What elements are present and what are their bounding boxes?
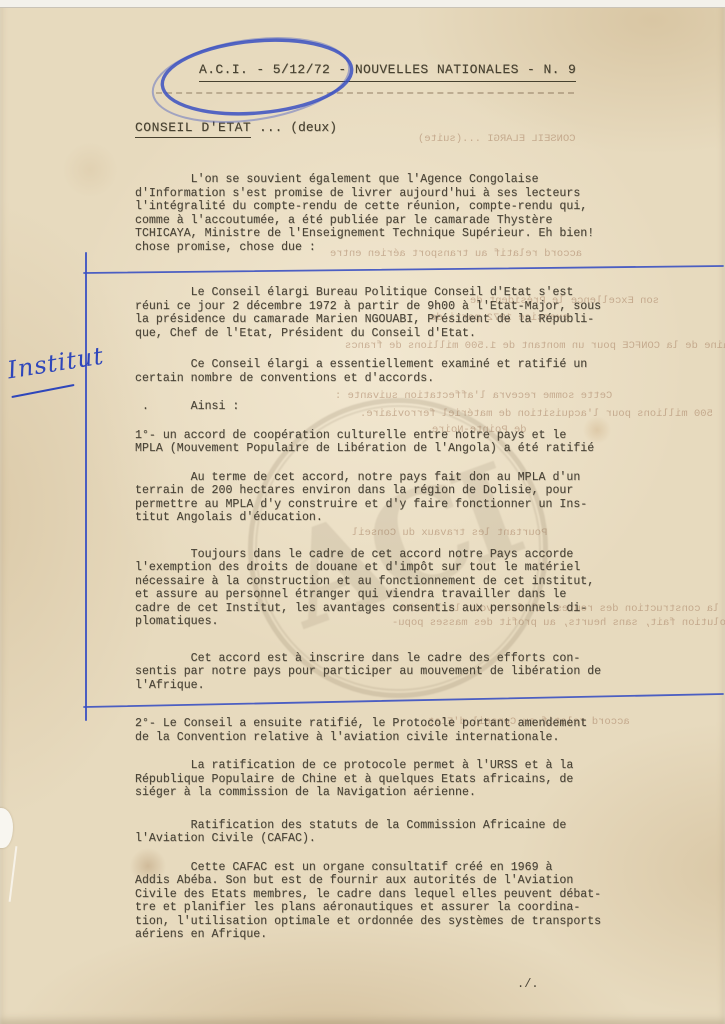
bleedthrough-line: CONSEIL ELARGI ...(suite): [418, 133, 576, 146]
typed-line: l'Afrique.: [135, 679, 635, 693]
section-suffix: ... (deux): [251, 120, 337, 135]
typed-line: tion, l'utilisation optimale et ordonnée…: [135, 915, 635, 929]
typed-line: La ratification de ce protocole permet à…: [135, 759, 635, 773]
typed-line: et assure au personnel étranger qui vien…: [135, 588, 635, 602]
paragraph: 1°- un accord de coopération culturelle …: [135, 429, 635, 456]
paragraph: Toujours dans le cadre de cet accord not…: [135, 548, 635, 629]
document-body: L'on se souvient également que l'Agence …: [135, 173, 635, 942]
typed-line: de la Convention relative à l'aviation c…: [135, 731, 635, 745]
typed-line: certain nombre de conventions et d'accor…: [135, 372, 635, 386]
typed-line: que, Chef de l'Etat, Président du Consei…: [135, 327, 635, 341]
typed-line: d'Information s'est promise de livrer au…: [135, 187, 635, 201]
scanned-document-page: CONSEIL ELARGI ...(suite)accord relatif …: [0, 0, 725, 1024]
paragraph: Le Conseil élargi Bureau Politique Conse…: [135, 286, 635, 340]
typed-line: sentis par notre pays pour participer au…: [135, 665, 635, 679]
typed-line: la présidence du camarade Marien NGOUABI…: [135, 313, 635, 327]
margin-note-underline-stroke: [11, 384, 74, 399]
continuation-mark: ./.: [517, 977, 539, 991]
paper-scratch: [9, 846, 18, 902]
typed-line: TCHICAYA, Ministre de l'Enseignement Tec…: [135, 227, 635, 241]
typed-line: 1°- un accord de coopération culturelle …: [135, 429, 635, 443]
handwritten-margin-note: Institut: [5, 342, 106, 385]
typed-line: Ce Conseil élargi a essentiellement exam…: [135, 358, 635, 372]
typed-line: Cette CAFAC est un organe consultatif cr…: [135, 861, 635, 875]
paragraph: Cet accord est à inscrire dans le cadre …: [135, 652, 635, 693]
paper-tear: [0, 808, 13, 848]
typed-line: République Populaire de Chine et à quelq…: [135, 773, 635, 787]
typed-line: Au terme de cet accord, notre pays fait …: [135, 471, 635, 485]
typed-line: l'exemption des droits de douane et d'im…: [135, 561, 635, 575]
scanner-edge: [0, 0, 725, 8]
typed-line: l'Aviation Civile (CAFAC).: [135, 832, 635, 846]
typed-line: nécessaire à la construction et au fonct…: [135, 575, 635, 589]
typed-line: 2°- Le Conseil a ensuite ratifié, le Pro…: [135, 717, 635, 731]
section-heading: CONSEIL D'ETAT ... (deux): [135, 120, 337, 136]
typed-line: L'on se souvient également que l'Agence …: [135, 173, 635, 187]
typed-line: aériens en Afrique.: [135, 928, 635, 942]
typed-line: MPLA (Mouvement Populaire de Libération …: [135, 442, 635, 456]
typed-line: plomatiques.: [135, 615, 635, 629]
typed-line: chose promise, chose due :: [135, 241, 635, 255]
typed-line: tre et planifier les plans aéronautiques…: [135, 901, 635, 915]
paragraph: Au terme de cet accord, notre pays fait …: [135, 471, 635, 525]
typed-line: réuni ce jour 2 décembre 1972 à partir d…: [135, 300, 635, 314]
typed-line: Ratification des statuts de la Commissio…: [135, 819, 635, 833]
typed-line: Toujours dans le cadre de cet accord not…: [135, 548, 635, 562]
typed-line: titut Angolais d'éducation.: [135, 511, 635, 525]
typed-line: terrain de 200 hectares environ dans la …: [135, 484, 635, 498]
paragraph: Ratification des statuts de la Commissio…: [135, 819, 635, 846]
section-title: CONSEIL D'ETAT: [135, 120, 251, 138]
typed-line: Le Conseil élargi Bureau Politique Conse…: [135, 286, 635, 300]
bulletin-header-title: A.C.I. - 5/12/72 - NOUVELLES NATIONALES …: [199, 62, 576, 82]
typed-line: . Ainsi :: [135, 400, 635, 414]
typed-line: Cet accord est à inscrire dans le cadre …: [135, 652, 635, 666]
typed-line: l'intégralité du compte-rendu de cette r…: [135, 200, 635, 214]
paragraph: . Ainsi :: [135, 400, 635, 414]
header-bleed-underline: [156, 92, 574, 94]
typed-line: Civile des Etats membres, le cadre dans …: [135, 888, 635, 902]
paragraph: L'on se souvient également que l'Agence …: [135, 173, 635, 254]
paragraph: 2°- Le Conseil a ensuite ratifié, le Pro…: [135, 717, 635, 744]
typed-line: permettre au MPLA d'y construire et d'y …: [135, 498, 635, 512]
typed-line: siéger à la commission de la Navigation …: [135, 786, 635, 800]
paragraph: Ce Conseil élargi a essentiellement exam…: [135, 358, 635, 385]
paragraph: Cette CAFAC est un organe consultatif cr…: [135, 861, 635, 942]
typed-line: comme à l'accoutumée, a été publiée par …: [135, 214, 635, 228]
typed-line: Addis Abéba. Son but est de fournir aux …: [135, 874, 635, 888]
typed-line: cadre de cet Institut, les avantages con…: [135, 602, 635, 616]
paragraph: La ratification de ce protocole permet à…: [135, 759, 635, 800]
